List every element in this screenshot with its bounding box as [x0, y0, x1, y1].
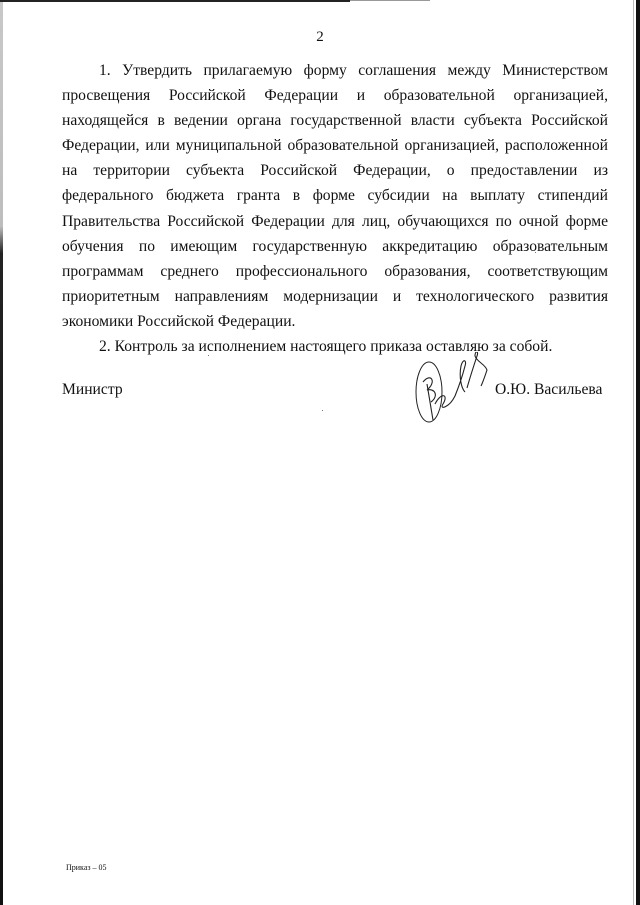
handwritten-signature-icon [405, 352, 500, 427]
scan-border-right [636, 0, 640, 905]
scan-border-top-faint [350, 0, 430, 1]
paragraph-1: 1. Утвердить прилагаемую форму соглашени… [62, 58, 608, 334]
scan-border-left [0, 0, 3, 905]
paragraph-2: 2. Контроль за исполнением настоящего пр… [62, 334, 608, 359]
signatory-name: О.Ю. Васильева [495, 381, 602, 399]
scan-speck [322, 410, 323, 411]
scan-speck [208, 355, 209, 356]
signatory-position: Министр [62, 381, 123, 399]
scan-border-top [0, 0, 350, 2]
scan-border-right-faint [633, 0, 634, 905]
page-number: 2 [0, 29, 640, 46]
footer-code: Приказ – 05 [66, 863, 107, 872]
scan-speck [535, 252, 536, 253]
document-body: 1. Утвердить прилагаемую форму соглашени… [62, 58, 608, 359]
